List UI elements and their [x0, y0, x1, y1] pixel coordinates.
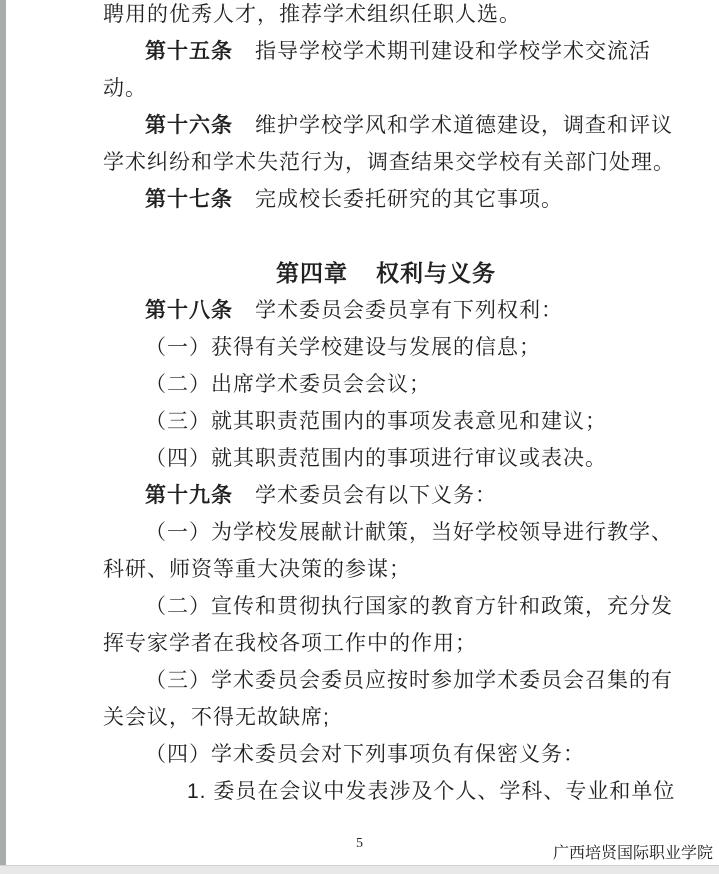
line-text: （二）出席学术委员会会议； [145, 373, 431, 396]
line-text: （一）获得有关学校建设与发展的信息； [145, 336, 541, 359]
list-item-line: （二）出席学术委员会会议； [103, 366, 669, 403]
line-text: 学术委员会有以下义务： [255, 484, 497, 507]
line-text: （三）学术委员会委员应按时参加学术委员会召集的有 [145, 669, 673, 692]
line-text: 聘用的优秀人才，推荐学术组织任职人选。 [103, 3, 521, 26]
list-item-line: （四）学术委员会对下列事项负有保密义务： [103, 736, 669, 773]
article-term: 第十五条 [145, 40, 233, 63]
line-text: 关会议，不得无故缺席; [103, 706, 330, 729]
article-line: 第十六条维护学校学风和学术道德建设，调查和评议 [103, 107, 669, 144]
line-text: 挥专家学者在我校各项工作中的作用； [103, 632, 477, 655]
list-item-line: （一）获得有关学校建设与发展的信息； [103, 329, 669, 366]
text-line: 学术纠纷和学术失范行为，调查结果交学校有关部门处理。 [103, 144, 669, 181]
article-term: 第十七条 [145, 188, 233, 211]
text-line: 动。 [103, 70, 669, 107]
chapter-title: 权利与义务 [376, 260, 496, 286]
chapter-number: 第四章 [276, 260, 348, 286]
article-line: 第十五条指导学校学术期刊建设和学校学术交流活 [103, 33, 669, 70]
document-content: 聘用的优秀人才，推荐学术组织任职人选。 第十五条指导学校学术期刊建设和学校学术交… [103, 0, 669, 810]
line-text: 1. 委员在会议中发表涉及个人、学科、专业和单位 [187, 780, 675, 803]
line-text: （一）为学校发展献计献策，当好学校领导进行教学、 [145, 521, 673, 544]
text-line: 挥专家学者在我校各项工作中的作用； [103, 625, 669, 662]
article-line: 第十八条学术委员会委员享有下列权利： [103, 292, 669, 329]
text-line: 科研、师资等重大决策的参谋； [103, 551, 669, 588]
list-item-line: （二）宣传和贯彻执行国家的教育方针和政策，充分发 [103, 588, 669, 625]
line-text: 动。 [103, 77, 147, 100]
line-text: 科研、师资等重大决策的参谋； [103, 558, 411, 581]
watermark: 广西培贤国际职业学院 [553, 840, 713, 863]
list-item-line: （三）就其职责范围内的事项发表意见和建议； [103, 403, 669, 440]
text-line: 关会议，不得无故缺席; [103, 699, 669, 736]
sub-item-line: 1. 委员在会议中发表涉及个人、学科、专业和单位 [103, 773, 669, 810]
line-text: 指导学校学术期刊建设和学校学术交流活 [255, 40, 651, 63]
article-line: 第十七条完成校长委托研究的其它事项。 [103, 181, 669, 218]
page-left-edge [0, 0, 6, 865]
line-text: （四）就其职责范围内的事项进行审议或表决。 [145, 447, 607, 470]
line-text: 学术纠纷和学术失范行为，调查结果交学校有关部门处理。 [103, 151, 675, 174]
article-term: 第十八条 [145, 299, 233, 322]
page-bottom-edge [0, 865, 719, 874]
line-text: （二）宣传和贯彻执行国家的教育方针和政策，充分发 [145, 595, 673, 618]
line-text: （三）就其职责范围内的事项发表意见和建议； [145, 410, 607, 433]
list-item-line: （一）为学校发展献计献策，当好学校领导进行教学、 [103, 514, 669, 551]
list-item-line: （三）学术委员会委员应按时参加学术委员会召集的有 [103, 662, 669, 699]
line-text: （四）学术委员会对下列事项负有保密义务： [145, 743, 585, 766]
list-item-line: （四）就其职责范围内的事项进行审议或表决。 [103, 440, 669, 477]
blank-line [103, 218, 669, 255]
article-term: 第十九条 [145, 484, 233, 507]
article-term: 第十六条 [145, 114, 233, 137]
article-line: 第十九条学术委员会有以下义务： [103, 477, 669, 514]
text-line: 聘用的优秀人才，推荐学术组织任职人选。 [103, 0, 669, 33]
chapter-heading: 第四章权利与义务 [103, 255, 669, 292]
line-text: 维护学校学风和学术道德建设，调查和评议 [255, 114, 673, 137]
line-text: 学术委员会委员享有下列权利： [255, 299, 563, 322]
line-text: 完成校长委托研究的其它事项。 [255, 188, 563, 211]
